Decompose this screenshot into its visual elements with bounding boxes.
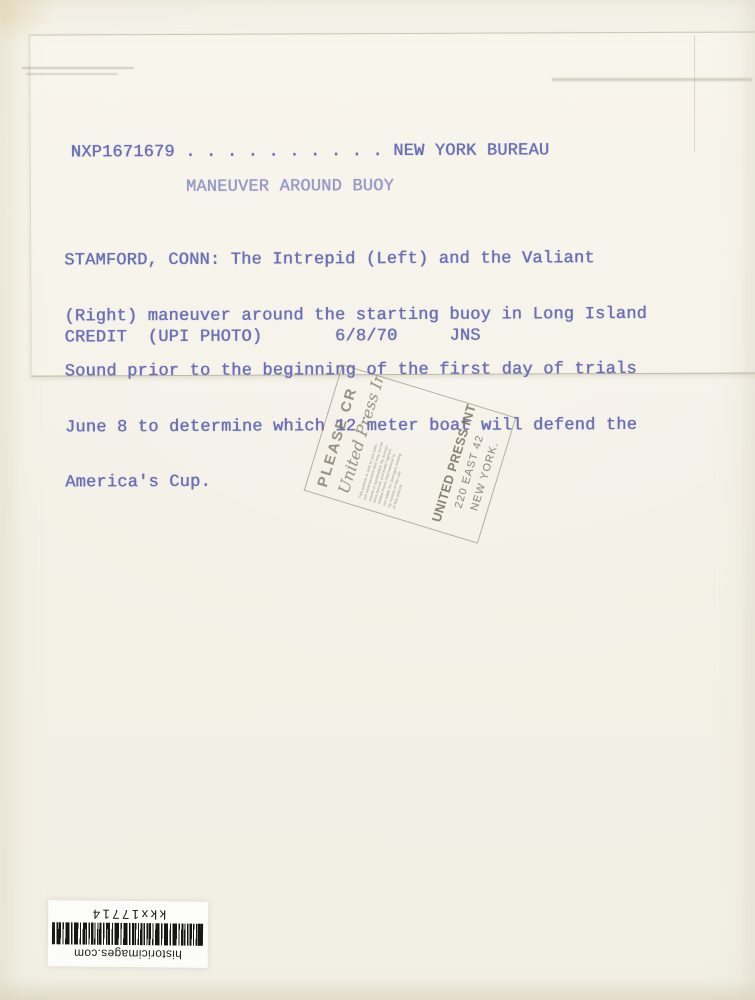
caption-title: MANEUVER AROUND BUOY	[186, 177, 394, 197]
barcode-bars	[52, 922, 203, 946]
caption-slip: NXP1671679 . . . . . . . . . . NEW YORK …	[29, 31, 755, 376]
barcode-label: historicimages.com kkx17714	[48, 900, 209, 968]
credit-line: CREDIT (UPI PHOTO) 6/8/70 JNS	[65, 327, 481, 348]
barcode-site-text: historicimages.com	[74, 946, 182, 961]
caption-line: STAMFORD, CONN: The Intrepid (Left) and …	[64, 250, 647, 271]
scan-bottom-band	[0, 978, 755, 1000]
barcode-code-text: kkx17714	[90, 907, 166, 923]
caption-line: (Right) maneuver around the starting buo…	[64, 305, 647, 326]
slip-overlap-edge	[694, 36, 695, 152]
photo-back-scan: NXP1671679 . . . . . . . . . . NEW YORK …	[0, 0, 755, 1000]
bureau-id-line: NXP1671679 . . . . . . . . . . NEW YORK …	[71, 141, 550, 162]
